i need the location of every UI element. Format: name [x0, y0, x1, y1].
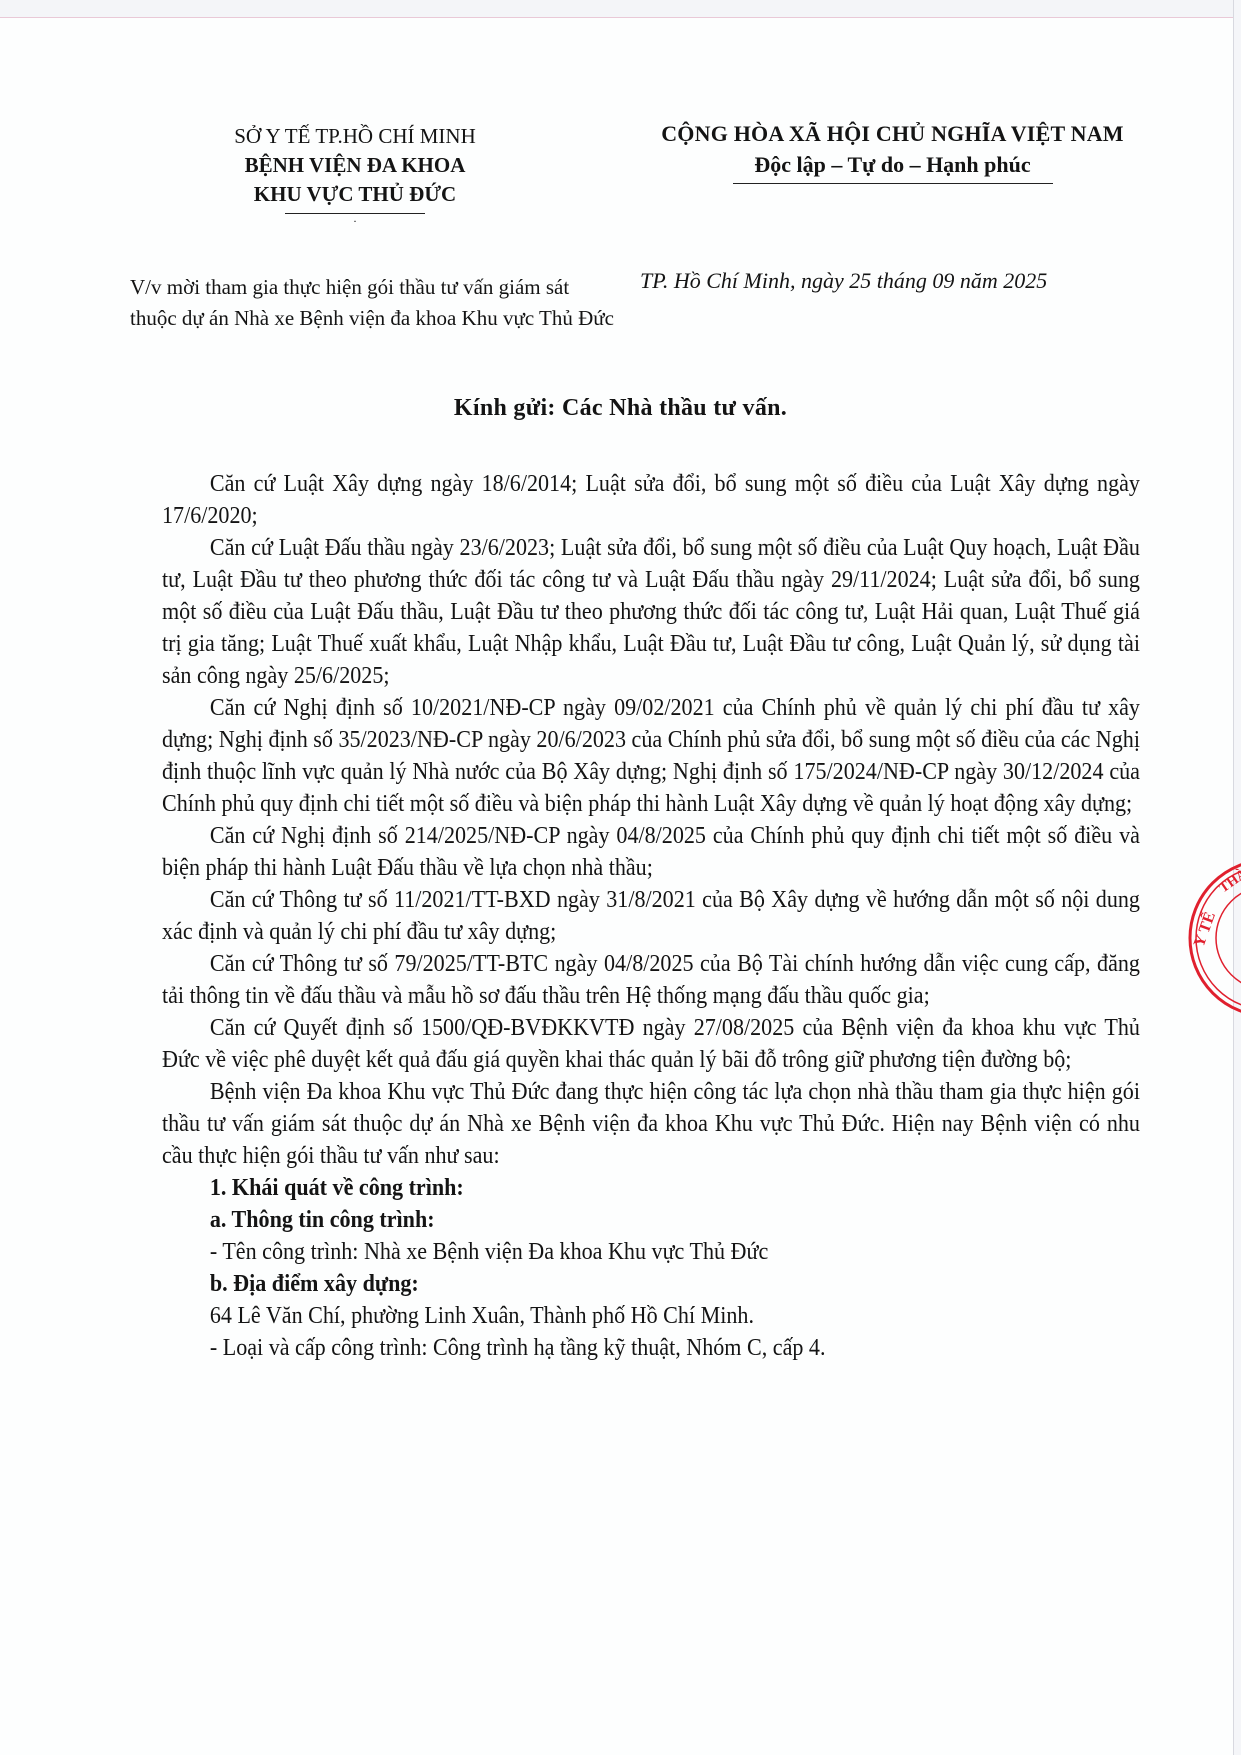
legal-basis-paragraph: Căn cứ Thông tư số 79/2025/TT-BTC ngày 0… — [162, 948, 1140, 1012]
place-date: TP. Hồ Chí Minh, ngày 25 tháng 09 năm 20… — [640, 266, 1160, 296]
separator-dot: · — [170, 214, 540, 228]
department-name: SỞ Y TẾ TP.HỒ CHÍ MINH — [170, 122, 540, 151]
document-body: Căn cứ Luật Xây dựng ngày 18/6/2014; Luậ… — [162, 468, 1140, 1364]
legal-basis-paragraph: Căn cứ Thông tư số 11/2021/TT-BXD ngày 3… — [162, 884, 1140, 948]
project-address: 64 Lê Văn Chí, phường Linh Xuân, Thành p… — [162, 1300, 1140, 1332]
project-name: - Tên công trình: Nhà xe Bệnh viện Đa kh… — [162, 1236, 1140, 1268]
subsection-heading-b: b. Địa điểm xây dựng: — [162, 1268, 1140, 1300]
hospital-name-line1: BỆNH VIỆN ĐA KHOA — [170, 151, 540, 180]
section-heading: 1. Khái quát về công trình: — [162, 1172, 1140, 1204]
intro-paragraph: Bệnh viện Đa khoa Khu vực Thủ Đức đang t… — [162, 1076, 1140, 1172]
legal-basis-paragraph: Căn cứ Nghị định số 10/2021/NĐ-CP ngày 0… — [162, 692, 1140, 820]
scan-top-edge — [0, 0, 1241, 18]
project-type-grade: - Loại và cấp công trình: Công trình hạ … — [162, 1332, 1140, 1364]
national-motto: Độc lập – Tự do – Hạnh phúc — [610, 149, 1175, 180]
subject-line: V/v mời tham gia thực hiện gói thầu tư v… — [130, 272, 620, 334]
issuing-agency-block: SỞ Y TẾ TP.HỒ CHÍ MINH BỆNH VIỆN ĐA KHOA… — [170, 122, 540, 228]
legal-basis-paragraph: Căn cứ Luật Đấu thầu ngày 23/6/2023; Luậ… — [162, 532, 1140, 692]
salutation: Kính gửi: Các Nhà thầu tư vấn. — [0, 395, 1241, 422]
national-header-block: CỘNG HÒA XÃ HỘI CHỦ NGHĨA VIỆT NAM Độc l… — [610, 118, 1175, 184]
legal-basis-paragraph: Căn cứ Nghị định số 214/2025/NĐ-CP ngày … — [162, 820, 1140, 884]
nation-title: CỘNG HÒA XÃ HỘI CHỦ NGHĨA VIỆT NAM — [610, 118, 1175, 149]
subsection-heading-a: a. Thông tin công trình: — [162, 1204, 1140, 1236]
motto-underline — [733, 183, 1053, 184]
red-seal-stamp-icon: Y TẾ THÀ — [1183, 853, 1241, 1023]
legal-basis-paragraph: Căn cứ Luật Xây dựng ngày 18/6/2014; Luậ… — [162, 468, 1140, 532]
legal-basis-paragraph: Căn cứ Quyết định số 1500/QĐ-BVĐKKVTĐ ng… — [162, 1012, 1140, 1076]
hospital-name-line2: KHU VỰC THỦ ĐỨC — [170, 180, 540, 209]
